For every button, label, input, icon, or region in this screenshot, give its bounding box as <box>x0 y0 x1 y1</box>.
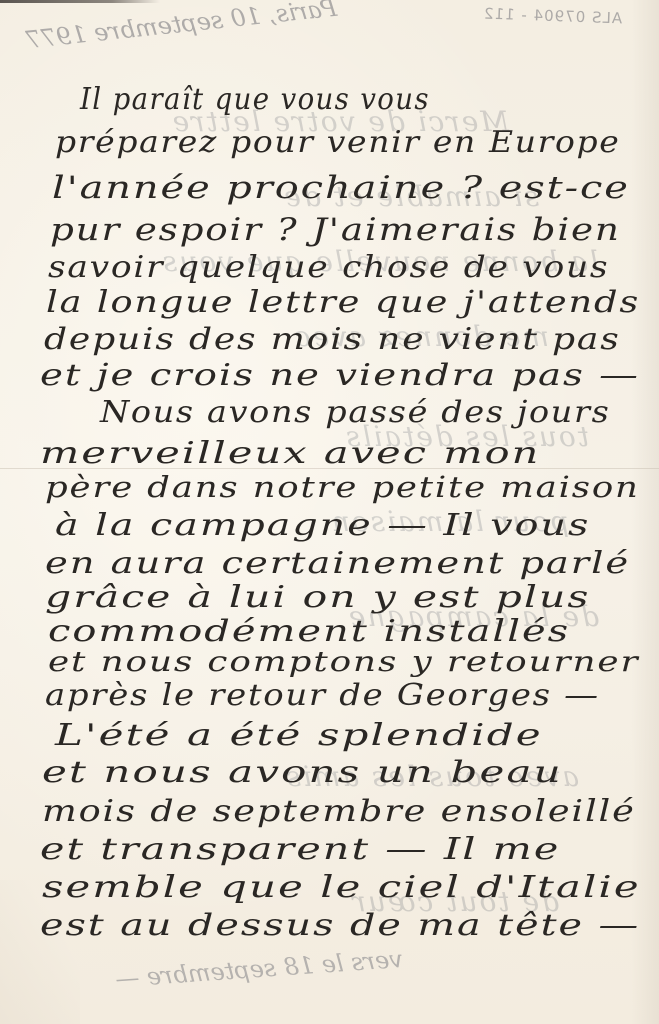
letter-line: après le retour de Georges — <box>45 678 600 713</box>
letter-line: savoir quelque chose de vous <box>48 250 609 285</box>
letter-line: préparez pour venir en Europe <box>55 125 620 160</box>
letter-line: Il paraît que vous vous <box>80 82 430 117</box>
letter-body: Il paraît que vous vous préparez pour ve… <box>0 0 659 1024</box>
letter-line: commodément installés <box>48 614 570 649</box>
letter-line: et nous comptons y retourner <box>48 645 639 678</box>
letter-line: en aura certainement parlé <box>45 546 630 581</box>
letter-line: semble que le ciel d'Italie <box>42 870 641 905</box>
letter-line: à la campagne — Il vous <box>55 508 590 543</box>
letter-line: la longue lettre que j'attends <box>46 285 640 320</box>
letter-line: et nous avons un beau <box>42 755 563 790</box>
letter-line: père dans notre petite maison <box>45 470 640 504</box>
letter-line: est au dessus de ma tête — <box>40 908 640 943</box>
letter-line: et je crois ne viendra pas — <box>40 358 640 393</box>
letter-line: grâce à lui on y est plus <box>45 580 590 615</box>
letter-line: mois de septembre ensoleillé <box>42 794 636 829</box>
letter-line: pur espoir ? J'aimerais bien <box>50 212 621 248</box>
letter-line: Nous avons passé des jours <box>100 395 610 430</box>
letter-line: l'année prochaine ? est-ce <box>52 170 630 206</box>
letter-line: merveilleux avec mon <box>40 436 540 471</box>
letter-line: L'été a été splendide <box>55 718 543 753</box>
letter-line: depuis des mois ne vient pas <box>44 322 621 357</box>
letter-line: et transparent — Il me <box>40 832 560 867</box>
